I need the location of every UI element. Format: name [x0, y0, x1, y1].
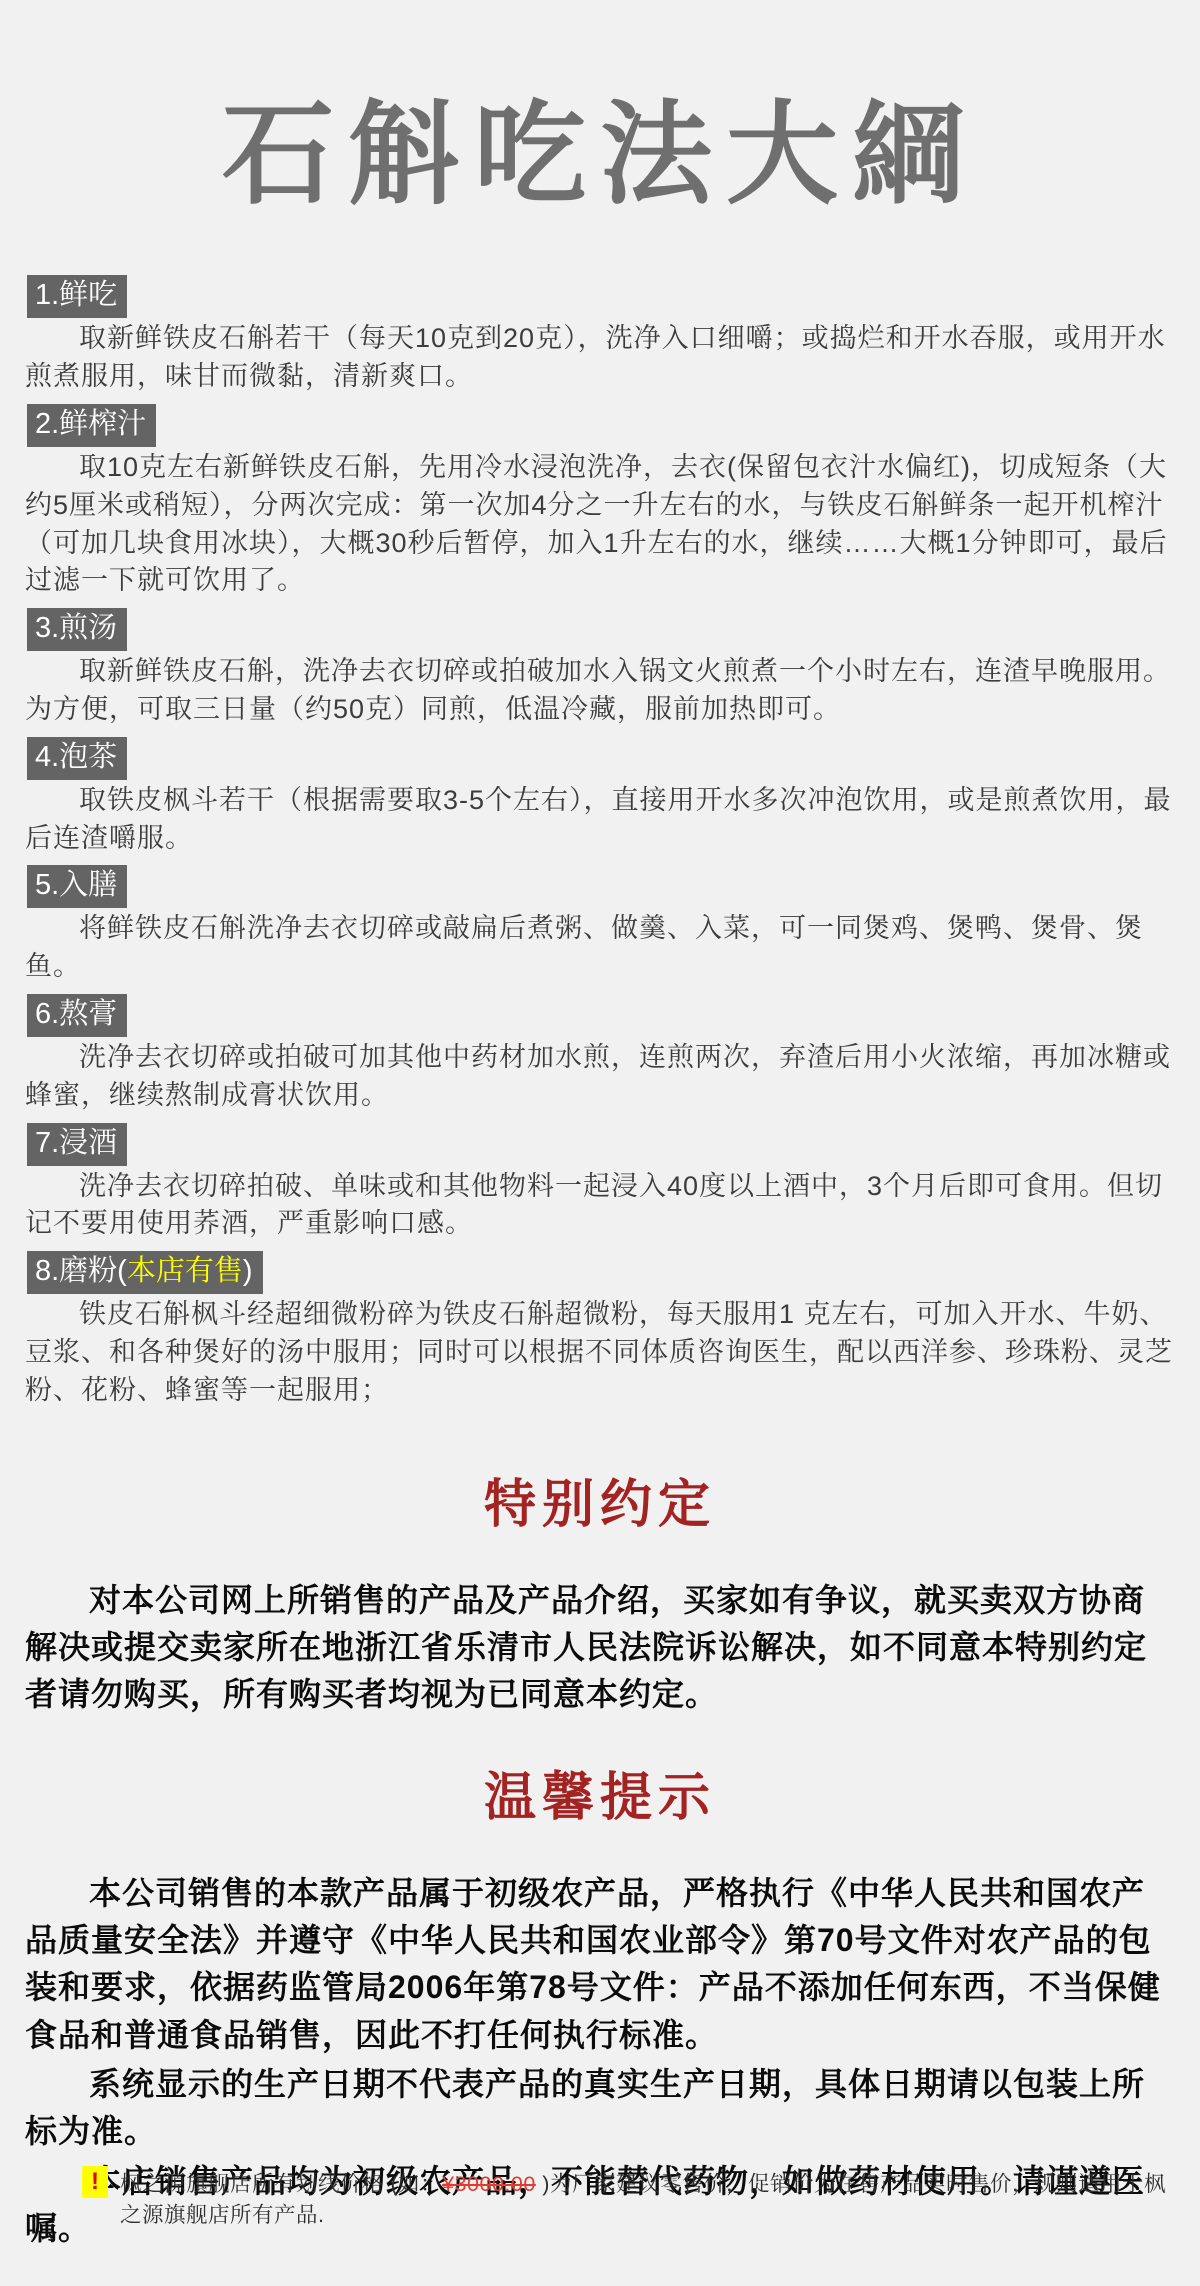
warm-tips-heading: 温馨提示 [25, 1755, 1175, 1830]
method-6-body: 洗净去衣切碎或拍破可加其他中药材加水煎，连煎两次，弃渣后用小火浓缩，再加冰糖或蜂… [25, 1039, 1175, 1115]
method-1-body: 取新鲜铁皮石斛若干（每天10克到20克），洗净入口细嚼；或捣烂和开水吞服，或用开… [25, 320, 1175, 396]
method-2-body: 取10克左右新鲜铁皮石斛，先用冷水浸泡洗净，去衣(保留包衣汁水偏红)，切成短条（… [25, 449, 1175, 600]
disclaimer-prefix: 枫之源旗舰店所有划线价格 (如： [120, 2172, 442, 2196]
price-disclaimer-text: 枫之源旗舰店所有划线价格 (如：¥3000.00 )为厂家建议零售价，促销价为在… [120, 2166, 1182, 2231]
method-3-body: 取新鲜铁皮石斛，洗净去衣切碎或拍破加水入锅文火煎煮一个小时左右，连渣早晚服用。为… [25, 653, 1175, 729]
method-8-label-suffix: ) [243, 1255, 253, 1287]
method-6-badge: 6.熬膏 [27, 994, 127, 1037]
method-section-6: 6.熬膏 洗净去衣切碎或拍破可加其他中药材加水煎，连煎两次，弃渣后用小火浓缩，再… [25, 989, 1175, 1115]
special-agreement-body: 对本公司网上所销售的产品及产品介绍，买家如有争议，就买卖双方协商解决或提交卖家所… [25, 1577, 1175, 1719]
method-section-7: 7.浸酒 洗净去衣切碎拍破、单味或和其他物料一起浸入40度以上酒中，3个月后即可… [25, 1118, 1175, 1244]
warm-tips-paragraph-2: 系统显示的生产日期不代表产品的真实生产日期，具体日期请以包装上所标为准。 [25, 2061, 1175, 2156]
method-8-badge: 8.磨粉(本店有售) [27, 1251, 263, 1294]
method-4-badge: 4.泡茶 [27, 737, 127, 780]
method-4-body: 取铁皮枫斗若干（根据需要取3-5个左右），直接用开水多次冲泡饮用，或是煎煮饮用，… [25, 782, 1175, 858]
exclamation-icon: ! [82, 2166, 108, 2198]
price-disclaimer: ! 枫之源旗舰店所有划线价格 (如：¥3000.00 )为厂家建议零售价，促销价… [82, 2166, 1182, 2231]
method-section-5: 5.入膳 将鲜铁皮石斛洗净去衣切碎或敲扁后煮粥、做羹、入菜，可一同煲鸡、煲鸭、煲… [25, 860, 1175, 986]
method-5-badge: 5.入膳 [27, 865, 127, 908]
method-1-badge: 1.鲜吃 [27, 275, 127, 318]
method-2-badge: 2.鲜榨汁 [27, 404, 156, 447]
method-8-body: 铁皮石斛枫斗经超细微粉碎为铁皮石斛超微粉，每天服用1 克左右，可加入开水、牛奶、… [25, 1296, 1175, 1409]
content-area: 石斛吃法大綱 1.鲜吃 取新鲜铁皮石斛若干（每天10克到20克），洗净入口细嚼；… [0, 88, 1200, 2252]
shop-sale-highlight: 本店有售 [127, 1255, 243, 1287]
method-section-8: 8.磨粉(本店有售) 铁皮石斛枫斗经超细微粉碎为铁皮石斛超微粉，每天服用1 克左… [25, 1246, 1175, 1409]
eating-methods-list: 1.鲜吃 取新鲜铁皮石斛若干（每天10克到20克），洗净入口细嚼；或捣烂和开水吞… [25, 270, 1175, 1409]
method-3-badge: 3.煎汤 [27, 608, 127, 651]
strikethrough-price: ¥3000.00 [442, 2172, 536, 2196]
warm-tips-paragraph-1: 本公司销售的本款产品属于初级农产品，严格执行《中华人民共和国农产品质量安全法》并… [25, 1870, 1175, 2059]
method-section-4: 4.泡茶 取铁皮枫斗若干（根据需要取3-5个左右），直接用开水多次冲泡饮用，或是… [25, 732, 1175, 858]
method-section-3: 3.煎汤 取新鲜铁皮石斛，洗净去衣切碎或拍破加水入锅文火煎煮一个小时左右，连渣早… [25, 603, 1175, 729]
product-description-page: 石斛吃法大綱 1.鲜吃 取新鲜铁皮石斛若干（每天10克到20克），洗净入口细嚼；… [0, 0, 1200, 2286]
page-title: 石斛吃法大綱 [25, 88, 1175, 222]
method-section-2: 2.鲜榨汁 取10克左右新鲜铁皮石斛，先用冷水浸泡洗净，去衣(保留包衣汁水偏红)… [25, 399, 1175, 600]
method-8-label-prefix: 8.磨粉( [35, 1255, 127, 1287]
method-7-body: 洗净去衣切碎拍破、单味或和其他物料一起浸入40度以上酒中，3个月后即可食用。但切… [25, 1168, 1175, 1244]
method-7-badge: 7.浸酒 [27, 1123, 127, 1166]
special-agreement-heading: 特别约定 [25, 1462, 1175, 1537]
method-section-1: 1.鲜吃 取新鲜铁皮石斛若干（每天10克到20克），洗净入口细嚼；或捣烂和开水吞… [25, 270, 1175, 396]
method-5-body: 将鲜铁皮石斛洗净去衣切碎或敲扁后煮粥、做羹、入菜，可一同煲鸡、煲鸭、煲骨、煲鱼。 [25, 910, 1175, 986]
